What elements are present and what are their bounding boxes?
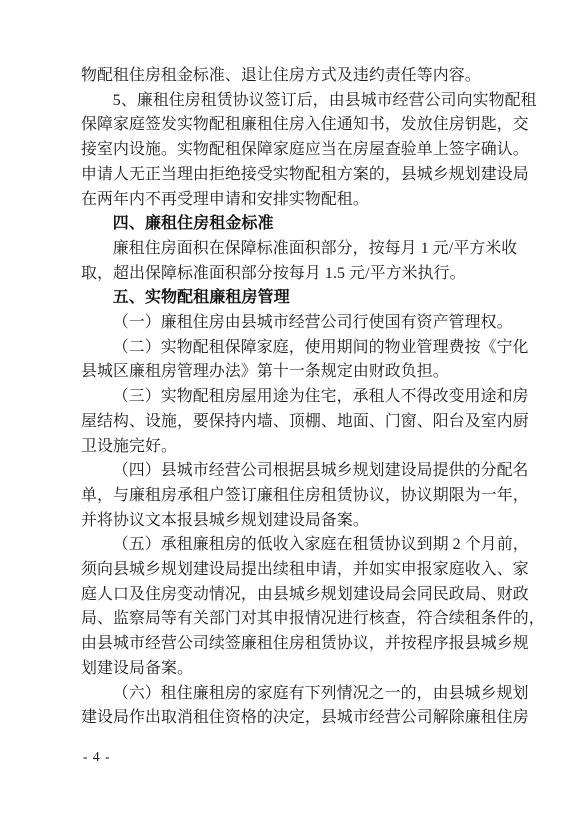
document-body: 物配租住房租金标准、退让住房方式及违约责任等内容。 5、廉租住房租赁协议签订后，… [81,64,528,731]
section-heading-four: 四、廉租住房租金标准 [81,212,528,237]
paragraph-item-5: 5、廉租住房租赁协议签订后，由县城市经营公司向实物配租 保障家庭签发实物配租廉租… [81,89,528,213]
paragraph-clause-1: （一）廉租住房由县城市经营公司行使国有资产管理权。 [81,311,528,336]
section-heading-five: 五、实物配租廉租房管理 [81,286,528,311]
paragraph-clause-2: （二）实物配租保障家庭，使用期间的物业管理费按《宁化 县城区廉租房管理办法》第十… [81,336,528,385]
paragraph-continuation: 物配租住房租金标准、退让住房方式及违约责任等内容。 [81,64,528,89]
paragraph-clause-6: （六）租住廉租房的家庭有下列情况之一的，由县城乡规划 建设局作出取消租住资格的决… [81,682,528,731]
paragraph-clause-3: （三）实物配租房屋用途为住宅，承租人不得改变用途和房 屋结构、设施，要保持内墙、… [81,385,528,459]
paragraph-clause-5: （五）承租廉租房的低收入家庭在租赁协议到期 2 个月前， 须向县城乡规划建设局提… [81,533,528,681]
paragraph-rent-standard: 廉租住房面积在保障标准面积部分，按每月 1 元/平方米收 取，超出保障标准面积部… [81,237,528,286]
page-number: - 4 - [83,749,111,765]
document-page: 物配租住房租金标准、退让住房方式及违约责任等内容。 5、廉租住房租赁协议签订后，… [0,0,588,831]
paragraph-clause-4: （四）县城市经营公司根据县城乡规划建设局提供的分配名 单，与廉租房承租户签订廉租… [81,459,528,533]
